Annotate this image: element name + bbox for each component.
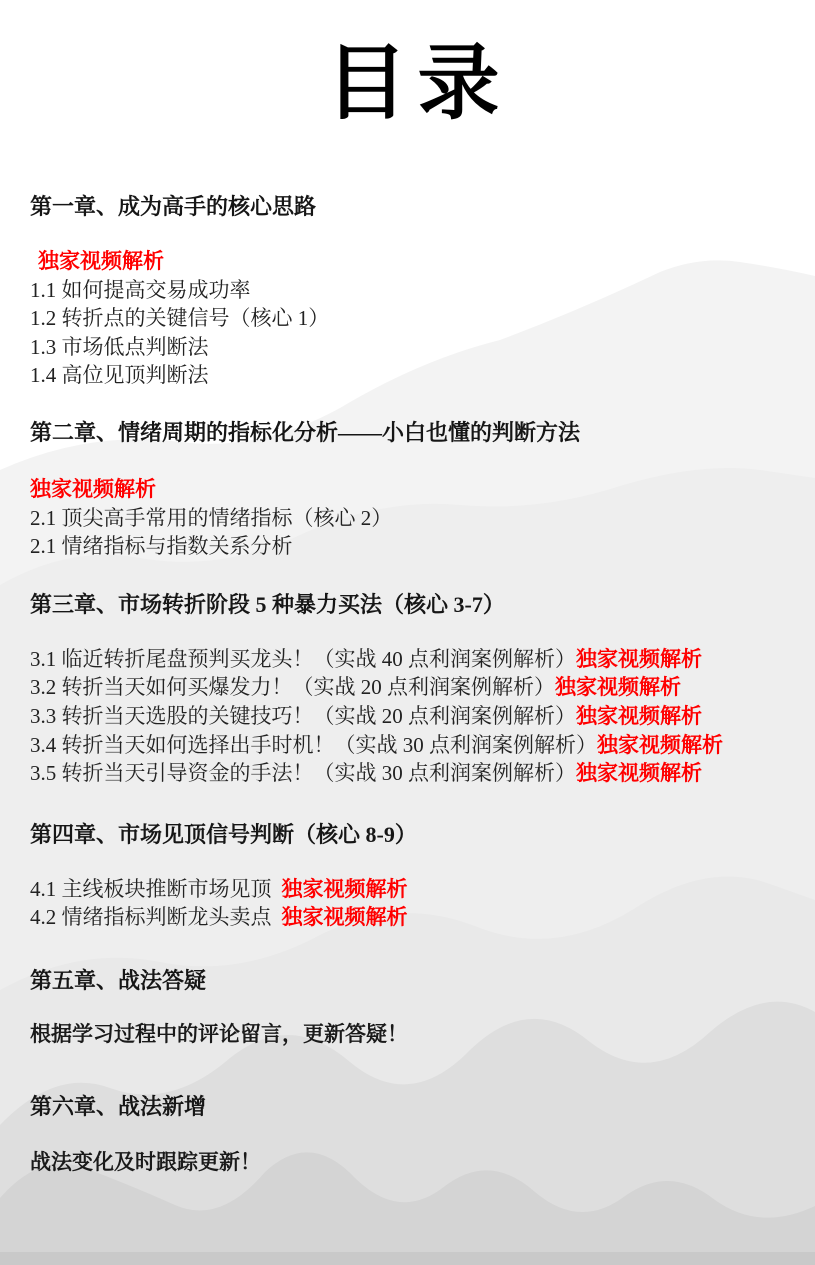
video-label: 独家视频解析	[576, 647, 702, 671]
toc-item-text: 4.2 情绪指标判断龙头卖点	[30, 905, 272, 929]
chapter-5-note: 根据学习过程中的评论留言，更新答疑！	[30, 1019, 805, 1049]
toc-item: 3.1 临近转折尾盘预判买龙头！（实战 40 点利润案例解析）独家视频解析	[30, 645, 805, 674]
toc-item-text: 3.2 转折当天如何买爆发力！（实战 20 点利润案例解析）	[30, 675, 555, 699]
toc-item: 4.2 情绪指标判断龙头卖点独家视频解析	[30, 903, 805, 932]
chapter-1-items: 独家视频解析 1.1 如何提高交易成功率 1.2 转折点的关键信号（核心 1） …	[30, 247, 805, 390]
toc-item: 1.1 如何提高交易成功率	[30, 276, 805, 305]
chapter-5-heading: 第五章、战法答疑	[30, 966, 805, 996]
chapter-3-items: 3.1 临近转折尾盘预判买龙头！（实战 40 点利润案例解析）独家视频解析 3.…	[30, 645, 805, 788]
toc-content: 目录 第一章、成为高手的核心思路 独家视频解析 1.1 如何提高交易成功率 1.…	[0, 0, 815, 1265]
video-label: 独家视频解析	[282, 877, 408, 901]
chapter-2-items: 独家视频解析 2.1 顶尖高手常用的情绪指标（核心 2） 2.1 情绪指标与指数…	[30, 475, 805, 561]
toc-item-text: 3.5 转折当天引导资金的手法！（实战 30 点利润案例解析）	[30, 761, 576, 785]
video-label: 独家视频解析	[555, 675, 681, 699]
video-label: 独家视频解析	[30, 247, 805, 276]
chapter-6-heading: 第六章、战法新增	[30, 1092, 805, 1122]
toc-item-text: 3.1 临近转折尾盘预判买龙头！（实战 40 点利润案例解析）	[30, 647, 576, 671]
chapter-4-items: 4.1 主线板块推断市场见顶独家视频解析 4.2 情绪指标判断龙头卖点独家视频解…	[30, 875, 805, 932]
chapter-6-note: 战法变化及时跟踪更新！	[30, 1147, 805, 1177]
chapter-3-heading: 第三章、市场转折阶段 5 种暴力买法（核心 3-7）	[30, 590, 805, 620]
toc-item: 3.4 转折当天如何选择出手时机！（实战 30 点利润案例解析）独家视频解析	[30, 731, 805, 760]
toc-item: 3.3 转折当天选股的关键技巧！（实战 20 点利润案例解析）独家视频解析	[30, 702, 805, 731]
video-label: 独家视频解析	[282, 905, 408, 929]
video-label: 独家视频解析	[597, 733, 723, 757]
chapter-4-heading: 第四章、市场见顶信号判断（核心 8-9）	[30, 820, 805, 850]
chapter-2-heading: 第二章、情绪周期的指标化分析——小白也懂的判断方法	[30, 418, 805, 448]
video-label: 独家视频解析	[576, 761, 702, 785]
toc-page: 目录 第一章、成为高手的核心思路 独家视频解析 1.1 如何提高交易成功率 1.…	[0, 0, 815, 1265]
video-label: 独家视频解析	[576, 704, 702, 728]
toc-item: 3.2 转折当天如何买爆发力！（实战 20 点利润案例解析）独家视频解析	[30, 673, 805, 702]
toc-item: 1.3 市场低点判断法	[30, 333, 805, 362]
page-title: 目录	[30, 28, 805, 140]
toc-item: 2.1 顶尖高手常用的情绪指标（核心 2）	[30, 504, 805, 533]
toc-item: 2.1 情绪指标与指数关系分析	[30, 532, 805, 561]
toc-item-text: 3.4 转折当天如何选择出手时机！（实战 30 点利润案例解析）	[30, 733, 597, 757]
chapter-1-heading: 第一章、成为高手的核心思路	[30, 192, 805, 222]
toc-item-text: 3.3 转折当天选股的关键技巧！（实战 20 点利润案例解析）	[30, 704, 576, 728]
toc-item: 4.1 主线板块推断市场见顶独家视频解析	[30, 875, 805, 904]
toc-item: 3.5 转折当天引导资金的手法！（实战 30 点利润案例解析）独家视频解析	[30, 759, 805, 788]
toc-item-text: 4.1 主线板块推断市场见顶	[30, 877, 272, 901]
toc-item: 1.2 转折点的关键信号（核心 1）	[30, 304, 805, 333]
toc-item: 1.4 高位见顶判断法	[30, 361, 805, 390]
video-label: 独家视频解析	[30, 475, 805, 504]
